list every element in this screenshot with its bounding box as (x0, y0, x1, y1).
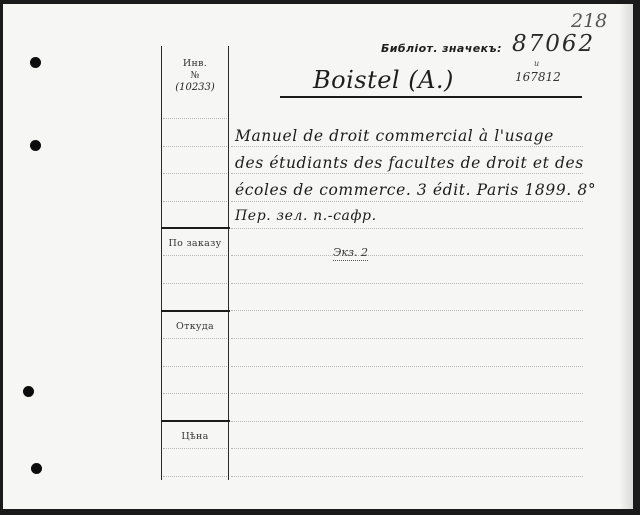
punch-hole (30, 140, 41, 151)
ruled-line (163, 118, 227, 119)
shelf-mark-conjunction: и (534, 59, 539, 68)
ruled-line (231, 393, 583, 394)
ruled-line (231, 228, 583, 229)
section-divider (161, 310, 230, 312)
punch-hole (30, 57, 41, 68)
source-label: Откуда (162, 321, 228, 332)
ruled-line (163, 476, 227, 477)
left-column: Инв. № (10233) По заказу Откуда Цѣна (161, 46, 229, 480)
order-label: По заказу (162, 238, 228, 249)
binding-note: Пер. зел. п.-сафр. (235, 208, 377, 224)
ruled-line (163, 338, 227, 339)
ruled-line (231, 173, 583, 174)
ruled-line (231, 366, 583, 367)
ruled-line (231, 421, 583, 422)
title-line: écoles de commerce. 3 édit. Paris 1899. … (235, 181, 596, 199)
ruled-line (163, 146, 227, 147)
ruled-line (163, 283, 227, 284)
price-label: Цѣна (162, 431, 228, 442)
shelf-mark-label: Библiот. значекъ: (381, 42, 502, 55)
title-line: Manuel de droit commercial à l'usage (235, 127, 554, 145)
catalog-card: 218 Библiот. значекъ: 87062 и 167812 Boi… (3, 4, 633, 509)
ruled-line (231, 310, 583, 311)
ruled-line (163, 448, 227, 449)
ruled-line (163, 255, 227, 256)
author-underline (280, 96, 582, 98)
ruled-line (231, 338, 583, 339)
punch-hole (31, 463, 42, 474)
section-divider (161, 420, 230, 422)
ruled-line (231, 255, 583, 256)
ruled-line (163, 366, 227, 367)
inventory-label: Инв. (162, 58, 228, 69)
section-divider (161, 227, 230, 229)
ruled-line (163, 393, 227, 394)
copies-note: Экз. 2 (333, 246, 368, 261)
ruled-line (231, 146, 583, 147)
number-label: № (162, 70, 228, 81)
ruled-line (163, 173, 227, 174)
shelf-mark-secondary: 167812 (515, 70, 561, 84)
ruled-line (231, 283, 583, 284)
corner-number: 218 (571, 10, 607, 32)
ruled-line (231, 476, 583, 477)
author-name: Boistel (A.) (313, 66, 454, 94)
ruled-line (231, 201, 583, 202)
ruled-line (231, 448, 583, 449)
ruled-line (163, 201, 227, 202)
punch-hole (23, 386, 34, 397)
title-line: des étudiants des facultes de droit et d… (235, 154, 584, 172)
inventory-number: (10233) (162, 82, 228, 93)
shelf-mark: 87062 (512, 31, 595, 57)
